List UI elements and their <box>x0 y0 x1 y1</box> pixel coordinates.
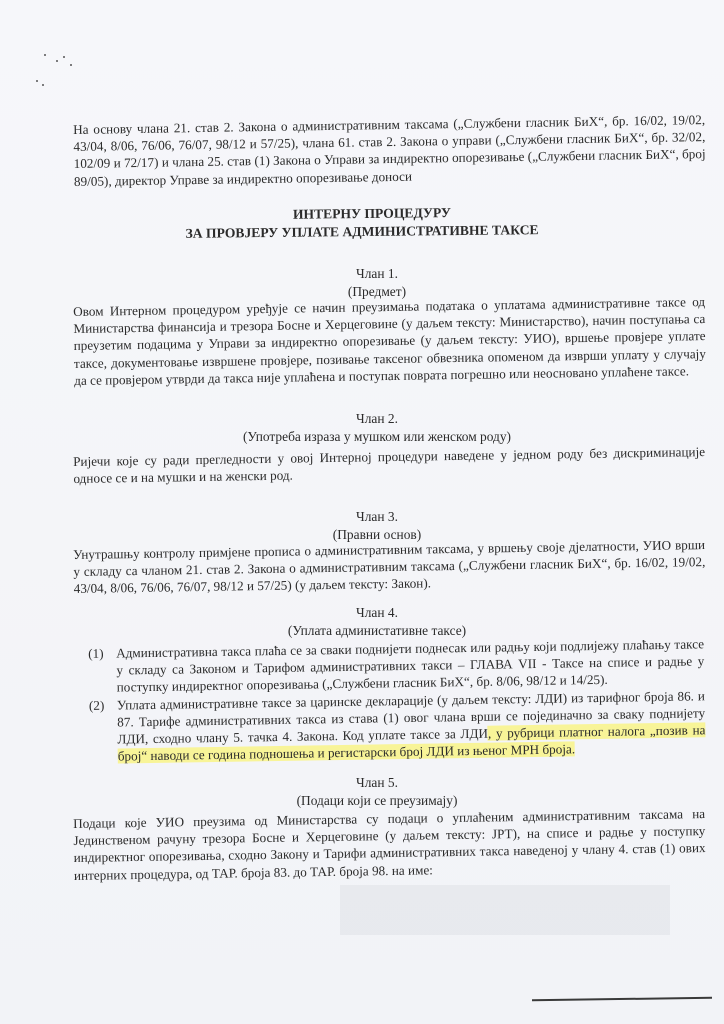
scan-shadow <box>340 885 670 935</box>
article-5-text: Подаци које УИО преузима од Министарства… <box>73 805 706 884</box>
article-4-list: (1) Административна такса плаћа се за св… <box>88 635 706 765</box>
article-2-text: Ријечи које су ради прегледности у овој … <box>73 443 705 487</box>
list-item: (2) Уплата административне таксе за цари… <box>89 687 706 765</box>
document-title: ИНТЕРНУ ПРОЦЕДУРУ ЗА ПРОВЈЕРУ УПЛАТЕ АДМ… <box>0 201 724 245</box>
signature-line <box>532 997 712 1002</box>
article-2-heading: Члан 2. (Употреба израза у мушком или же… <box>0 410 724 446</box>
article-3-text: Унутрашњу контролу примјене прописа о ад… <box>73 536 706 598</box>
scan-specks <box>30 50 90 90</box>
article-5-heading: Члан 5. (Подаци који се преузимају) <box>0 774 724 810</box>
article-1-text: Овом Интерном процедуром уређује се начи… <box>73 293 706 389</box>
item-text: Административна такса плаћа се за сваки … <box>116 636 704 695</box>
scanned-page: На основу члана 21. став 2. Закона о адм… <box>0 0 724 1024</box>
item-number: (2) <box>89 696 105 713</box>
article-4-heading: Члан 4. (Уплата администативне таксе) <box>0 604 724 640</box>
item-number: (1) <box>88 645 104 662</box>
preamble: На основу члана 21. став 2. Закона о адм… <box>73 111 706 190</box>
